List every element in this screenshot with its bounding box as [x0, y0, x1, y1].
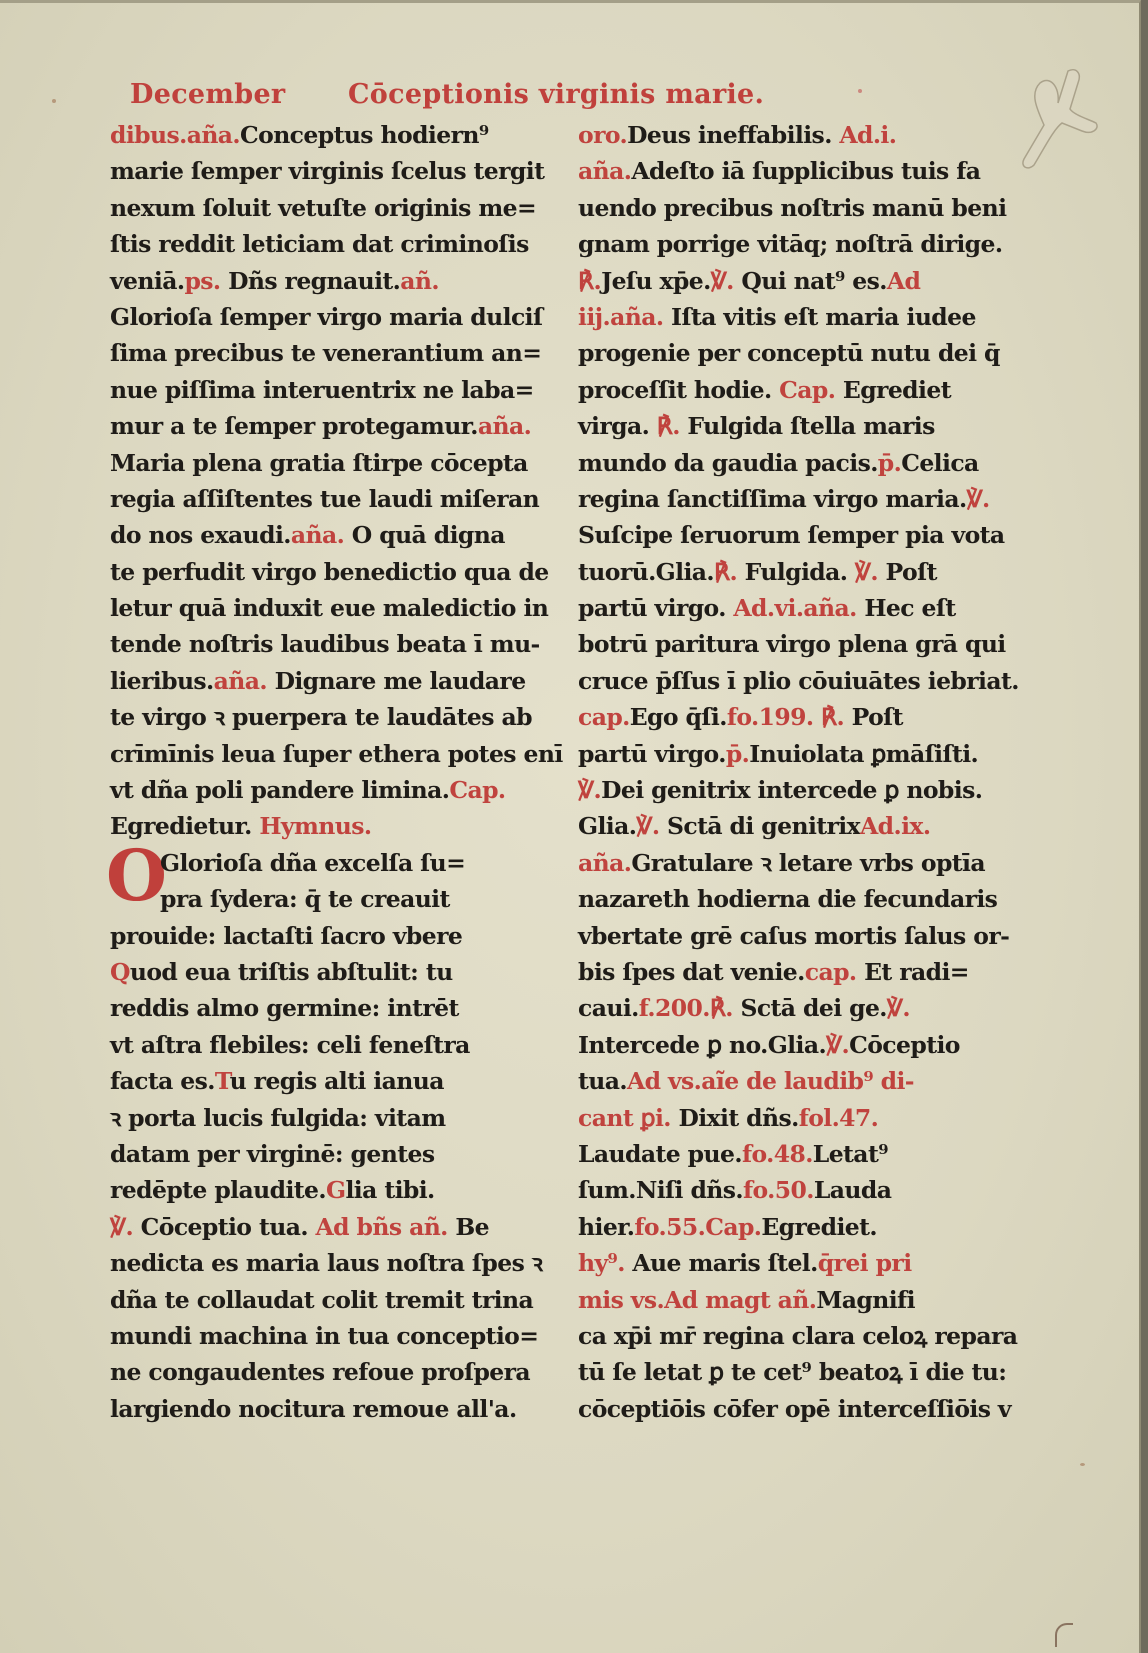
rubric-text: ℣.	[967, 485, 990, 513]
header-month: December	[130, 79, 285, 110]
body-text: do nos exaudi.	[110, 521, 291, 549]
text-line: veniā.ps. Dñs regnauit.añ.	[110, 263, 550, 299]
body-text: Letat⁹	[813, 1140, 888, 1168]
body-text: tū ſe letat ꝑ te cet⁹ beatoꝝ ī die tu:	[578, 1358, 1006, 1386]
body-text: vt aſtra flebiles: celi feneſtra	[110, 1031, 470, 1059]
text-line: ℣. Cōceptio tua. Ad bñs añ. Be	[110, 1209, 550, 1245]
body-text: Glia.	[578, 812, 636, 840]
text-line: cōceptiōis cōfer opē interceſſiōis v	[578, 1391, 1018, 1427]
body-text: Adeſto iā ſupplicibus tuis fa	[631, 157, 980, 185]
rubric-text: cap.	[578, 703, 630, 731]
rubric-text: ℟.	[649, 412, 680, 440]
text-line: ne congaudentes refoue proſpera	[110, 1354, 550, 1390]
rubric-text: fo.48.	[742, 1140, 813, 1168]
text-line: partū virgo. Ad.vi.aña. Hec eſt	[578, 590, 1018, 626]
body-text: lia tibi.	[345, 1176, 434, 1204]
rubric-text: iij.aña.	[578, 303, 663, 331]
rubric-text: Ad vs.aĩe de laudib⁹ di-	[627, 1067, 914, 1095]
text-line: dña te collaudat colit tremit trina	[110, 1282, 550, 1318]
text-line: mis vs.Ad magt añ.Magnifi	[578, 1282, 1018, 1318]
rubric-text: f.200.℟.	[639, 994, 733, 1022]
text-line: progenie per conceptū nutu dei q̄	[578, 335, 1018, 371]
body-text: uendo precibus noſtris manū beni	[578, 194, 1006, 222]
text-line: ſtis reddit leticiam dat criminoſis	[110, 226, 550, 262]
right-text-column: oro.Deus ineffabilis. Ad.i.aña.Adeſto iā…	[578, 117, 1018, 1427]
body-text: nazareth hodierna die fecundaris	[578, 885, 997, 913]
manuscript-page: December Cōceptionis virginis marie. O d…	[0, 0, 1141, 1653]
rubric-text: Ad	[887, 267, 920, 295]
rubric-text: ps.	[184, 267, 220, 295]
rubric-text: ℣.	[826, 1031, 849, 1059]
body-text: vt dña poli pandere limina.	[110, 776, 449, 804]
body-text: virga.	[578, 412, 649, 440]
body-text: hier.	[578, 1213, 634, 1241]
text-line: bis ſpes dat venie.cap. Et radi=	[578, 954, 1018, 990]
text-line: uendo precibus noſtris manū beni	[578, 190, 1018, 226]
text-line: Quod eua triſtis abſtulit: tu	[110, 954, 550, 990]
body-text: tua.	[578, 1067, 627, 1095]
body-text: mur a te ſemper protegamur.	[110, 412, 478, 440]
rubric-text: aña.	[578, 849, 631, 877]
body-text: Cōceptio tua.	[133, 1213, 308, 1241]
body-text: Dñs regnauit.	[220, 267, 400, 295]
body-text: facta es.	[110, 1067, 215, 1095]
body-text: nexum ſoluit vetuſte originis me=	[110, 194, 536, 222]
text-line: ℣.Dei genitrix intercede ꝑ nobis.	[578, 772, 1018, 808]
text-line: hy⁹. Aue maris ſtel.q̄rei pri	[578, 1245, 1018, 1281]
body-text: nue piſſima interuentrix ne laba=	[110, 376, 534, 404]
text-line: ſima precibus te venerantium an=	[110, 335, 550, 371]
body-text: caui.	[578, 994, 639, 1022]
body-text: Intercede ꝑ no.Glia.	[578, 1031, 826, 1059]
foxing-spot	[858, 89, 862, 93]
body-text: Sctā di genitrix	[659, 812, 860, 840]
text-line: ſum.Niſi dñs.fo.50.Lauda	[578, 1172, 1018, 1208]
rubric-text: ℣.	[711, 267, 734, 295]
text-line: tua.Ad vs.aĩe de laudib⁹ di-	[578, 1063, 1018, 1099]
rubric-text: Hymnus.	[252, 812, 372, 840]
text-line: nazareth hodierna die fecundaris	[578, 881, 1018, 917]
body-text: dña te collaudat colit tremit trina	[110, 1286, 533, 1314]
text-line: crīmīnis leua ſuper ethera potes enī	[110, 736, 550, 772]
body-text: Dei genitrix intercede ꝑ nobis.	[601, 776, 982, 804]
body-text: redēpte plaudite.	[110, 1176, 326, 1204]
body-text: Be	[448, 1213, 489, 1241]
text-line: mur a te ſemper protegamur.aña.	[110, 408, 550, 444]
body-text: Ego q̄ſi.	[630, 703, 727, 731]
body-text: cōceptiōis cōfer opē interceſſiōis v	[578, 1395, 1011, 1423]
body-text: ſima precibus te venerantium an=	[110, 339, 541, 367]
text-line: cap.Ego q̄ſi.fo.199. ℟. Poſt	[578, 699, 1018, 735]
body-text: Egrediet	[835, 376, 951, 404]
text-line: regia aſſiſtentes tue laudi miſeran	[110, 481, 550, 517]
body-text: Glorioſa ſemper virgo maria dulciſ	[110, 303, 543, 331]
text-line: nexum ſoluit vetuſte originis me=	[110, 190, 550, 226]
body-text: proceſſit hodie.	[578, 376, 772, 404]
body-text: regia aſſiſtentes tue laudi miſeran	[110, 485, 539, 513]
body-text: ſtis reddit leticiam dat criminoſis	[110, 230, 529, 258]
text-line: botrū paritura virgo plena grā qui	[578, 626, 1018, 662]
body-text: ne congaudentes refoue proſpera	[110, 1358, 530, 1386]
body-text: Jeſu xp̄e.	[601, 267, 711, 295]
rubric-text: ℣.	[636, 812, 659, 840]
body-text: crīmīnis leua ſuper ethera potes enī	[110, 740, 563, 768]
running-header: December Cōceptionis virginis marie.	[130, 79, 950, 119]
body-text: te virgo ꝛ puerpera te laudātes ab	[110, 703, 532, 731]
body-text: Glorioſa dña excelſa ſu=	[160, 849, 465, 877]
body-text: te perfudit virgo benedictio qua de	[110, 558, 549, 586]
text-line: pra ſydera: q̄ te creauit	[110, 881, 550, 917]
rubric-text: Cap.	[772, 376, 836, 404]
body-text: letur quā induxit eue maledictio in	[110, 594, 548, 622]
rubric-text: ℟.	[813, 703, 844, 731]
text-line: Intercede ꝑ no.Glia.℣.Cōceptio	[578, 1027, 1018, 1063]
rubric-text: aña.	[291, 521, 344, 549]
text-line: tuorū.Glia.℟. Fulgida. ℣. Poſt	[578, 554, 1018, 590]
body-text: ꝛ porta lucis fulgida: vitam	[110, 1104, 445, 1132]
text-line: vbertate grē caſus mortis ſalus or-	[578, 918, 1018, 954]
text-line: reddis almo germine: intrēt	[110, 990, 550, 1026]
text-line: cruce p̄ſſus ī plio cōuiuātes iebriat.	[578, 663, 1018, 699]
rubric-text: fo.55.Cap.	[634, 1213, 761, 1241]
body-text: tende noſtris laudibus beata ī mu-	[110, 630, 540, 658]
text-line: virga. ℟. Fulgida ſtella maris	[578, 408, 1018, 444]
body-text: Dignare me laudare	[267, 667, 526, 695]
text-line: lieribus.aña. Dignare me laudare	[110, 663, 550, 699]
body-text: Et radi=	[856, 958, 968, 986]
text-line: dibus.aña.Conceptus hodiern⁹	[110, 117, 550, 153]
rubric-text: ℣.	[110, 1213, 133, 1241]
body-text: Poſt	[844, 703, 903, 731]
rubric-text: cant ꝑi.	[578, 1104, 671, 1132]
text-line: cant ꝑi. Dixit dñs.fol.47.	[578, 1100, 1018, 1136]
text-line: redēpte plaudite.Glia tibi.	[110, 1172, 550, 1208]
left-text-column: O dibus.aña.Conceptus hodiern⁹marie ſemp…	[110, 117, 550, 1427]
body-text: Cōceptio	[849, 1031, 960, 1059]
text-line: Glorioſa ſemper virgo maria dulciſ	[110, 299, 550, 335]
foxing-spot	[52, 99, 56, 103]
body-text: u regis alti ianua	[230, 1067, 444, 1095]
body-text: mundi machina in tua conceptio=	[110, 1322, 538, 1350]
rubric-text: ℟.	[714, 558, 737, 586]
rubric-text: fo.50.	[743, 1176, 814, 1204]
body-text: nedicta es maria laus noſtra ſpes ꝛ	[110, 1249, 542, 1277]
foxing-spot	[1080, 1463, 1085, 1466]
text-line: te perfudit virgo benedictio qua de	[110, 554, 550, 590]
body-text: Poſt	[878, 558, 937, 586]
text-line: iij.aña. Iſta vitis eſt maria iudee	[578, 299, 1018, 335]
body-text: botrū paritura virgo plena grā qui	[578, 630, 1006, 658]
rubric-text: Ad.vi.aña.	[726, 594, 857, 622]
rubric-text: cap.	[805, 958, 857, 986]
rubric-text: Ad bñs añ.	[308, 1213, 448, 1241]
rubric-text: aña.	[578, 157, 631, 185]
body-text: vbertate grē caſus mortis ſalus or-	[578, 922, 1009, 950]
body-text: Egredietur.	[110, 812, 252, 840]
body-text: Laudate pue.	[578, 1140, 742, 1168]
body-text: Fulgida ſtella maris	[680, 412, 935, 440]
text-line: letur quā induxit eue maledictio in	[110, 590, 550, 626]
text-line: caui.f.200.℟. Sctā dei ge.℣.	[578, 990, 1018, 1026]
body-text: Hec eſt	[857, 594, 956, 622]
text-line: mundi machina in tua conceptio=	[110, 1318, 550, 1354]
rubric-text: añ.	[400, 267, 439, 295]
text-line: vt dña poli pandere limina.Cap.	[110, 772, 550, 808]
body-text: reddis almo germine: intrēt	[110, 994, 459, 1022]
body-text: datam per virginē: gentes	[110, 1140, 434, 1168]
body-text: regina ſanctiſſima virgo maria.	[578, 485, 967, 513]
text-line: ℟.Jeſu xp̄e.℣. Qui nat⁹ es.Ad	[578, 263, 1018, 299]
text-line: nedicta es maria laus noſtra ſpes ꝛ	[110, 1245, 550, 1281]
body-text: marie ſemper virginis ſcelus tergit	[110, 157, 544, 185]
text-line: prouide: lactaſti ſacro vbere	[110, 918, 550, 954]
text-line: mundo da gaudia pacis.p̄.Celica	[578, 445, 1018, 481]
text-line: Suſcipe ſeruorum ſemper pia vota	[578, 517, 1018, 553]
text-line: Glia.℣. Sctā di genitrixAd.ix.	[578, 808, 1018, 844]
rubric-text: G	[326, 1176, 345, 1204]
rubric-text: Ad.i.	[832, 121, 897, 149]
paper-mark	[1055, 1623, 1073, 1647]
body-text: gnam porrige vitāq; noſtrā dirige.	[578, 230, 1002, 258]
body-text: Fulgida.	[737, 558, 847, 586]
body-text: Aue maris ſtel.	[625, 1249, 818, 1277]
body-text: Conceptus hodiern⁹	[240, 121, 489, 149]
thumb-mark-stain	[1010, 67, 1100, 177]
text-line: Maria plena gratia ſtirpe cōcepta	[110, 445, 550, 481]
body-text: cruce p̄ſſus ī plio cōuiuātes iebriat.	[578, 667, 1019, 695]
rubric-text: ℣.	[847, 558, 878, 586]
text-line: oro.Deus ineffabilis. Ad.i.	[578, 117, 1018, 153]
rubric-text: mis vs.Ad magt añ.	[578, 1286, 816, 1314]
body-text: Gratulare ꝛ letare vrbs optīa	[631, 849, 985, 877]
text-line: marie ſemper virginis ſcelus tergit	[110, 153, 550, 189]
text-line: largiendo nocitura remoue all'a.	[110, 1391, 550, 1427]
body-text: Maria plena gratia ſtirpe cōcepta	[110, 449, 528, 477]
body-text: ca xp̄i mr̄ regina clara celoꝝ repara	[578, 1322, 1017, 1350]
body-text: Magnifi	[816, 1286, 915, 1314]
rubric-text: Q	[110, 958, 130, 986]
body-text: mundo da gaudia pacis.	[578, 449, 878, 477]
body-text: Qui nat⁹ es.	[734, 267, 887, 295]
body-text: lieribus.	[110, 667, 214, 695]
body-text: Suſcipe ſeruorum ſemper pia vota	[578, 521, 1005, 549]
rubric-text: q̄rei pri	[818, 1249, 912, 1277]
body-text: Deus ineffabilis.	[627, 121, 832, 149]
body-text: ſum.Niſi dñs.	[578, 1176, 743, 1204]
text-line: gnam porrige vitāq; noſtrā dirige.	[578, 226, 1018, 262]
body-text: prouide: lactaſti ſacro vbere	[110, 922, 462, 950]
rubric-text: fo.199.	[727, 703, 814, 731]
rubric-text: Ad.ix.	[860, 812, 930, 840]
rubric-text: oro.	[578, 121, 627, 149]
text-line: aña.Adeſto iā ſupplicibus tuis fa	[578, 153, 1018, 189]
body-text: Celica	[901, 449, 978, 477]
rubric-text: fol.47.	[799, 1104, 879, 1132]
body-text: Lauda	[814, 1176, 892, 1204]
body-text: pra ſydera: q̄ te creauit	[160, 885, 450, 913]
body-text: uod eua triſtis abſtulit: tu	[130, 958, 453, 986]
text-line: proceſſit hodie. Cap. Egrediet	[578, 372, 1018, 408]
rubric-text: aña.	[478, 412, 531, 440]
body-text: bis ſpes dat venie.	[578, 958, 805, 986]
rubric-text: p̄.	[726, 740, 749, 768]
rubric-text: Cap.	[449, 776, 505, 804]
body-text: Iſta vitis eſt maria iudee	[663, 303, 975, 331]
body-text: partū virgo.	[578, 594, 726, 622]
body-text: Inuiolata ꝑmāſiſti.	[749, 740, 978, 768]
text-line: nue piſſima interuentrix ne laba=	[110, 372, 550, 408]
text-line: vt aſtra flebiles: celi feneſtra	[110, 1027, 550, 1063]
text-line: do nos exaudi.aña. O quā digna	[110, 517, 550, 553]
text-line: Glorioſa dña excelſa ſu=	[110, 845, 550, 881]
body-text: Dixit dñs.	[671, 1104, 799, 1132]
body-text: veniā.	[110, 267, 184, 295]
text-line: Laudate pue.fo.48.Letat⁹	[578, 1136, 1018, 1172]
text-line: tende noſtris laudibus beata ī mu-	[110, 626, 550, 662]
body-text: O quā digna	[344, 521, 505, 549]
text-line: ꝛ porta lucis fulgida: vitam	[110, 1100, 550, 1136]
body-text: largiendo nocitura remoue all'a.	[110, 1395, 517, 1423]
rubric-text: ℣.	[887, 994, 910, 1022]
body-text: partū virgo.	[578, 740, 726, 768]
text-line: hier.fo.55.Cap.Egrediet.	[578, 1209, 1018, 1245]
rubric-text: ℟.	[578, 267, 601, 295]
body-text: Sctā dei ge.	[733, 994, 887, 1022]
text-line: Egredietur. Hymnus.	[110, 808, 550, 844]
text-line: partū virgo.p̄.Inuiolata ꝑmāſiſti.	[578, 736, 1018, 772]
body-text: tuorū.Glia.	[578, 558, 714, 586]
text-line: te virgo ꝛ puerpera te laudātes ab	[110, 699, 550, 735]
text-line: aña.Gratulare ꝛ letare vrbs optīa	[578, 845, 1018, 881]
rubric-text: ℣.	[578, 776, 601, 804]
text-line: ca xp̄i mr̄ regina clara celoꝝ repara	[578, 1318, 1018, 1354]
header-feast-title: Cōceptionis virginis marie.	[348, 79, 764, 110]
rubric-text: T	[215, 1067, 230, 1095]
body-text: Egrediet.	[761, 1213, 877, 1241]
rubric-text: hy⁹.	[578, 1249, 625, 1277]
text-line: datam per virginē: gentes	[110, 1136, 550, 1172]
text-line: tū ſe letat ꝑ te cet⁹ beatoꝝ ī die tu:	[578, 1354, 1018, 1390]
rubric-text: p̄.	[878, 449, 901, 477]
body-text: progenie per conceptū nutu dei q̄	[578, 339, 1000, 367]
text-line: regina ſanctiſſima virgo maria.℣.	[578, 481, 1018, 517]
rubric-text: dibus.aña.	[110, 121, 240, 149]
text-line: facta es.Tu regis alti ianua	[110, 1063, 550, 1099]
rubric-text: aña.	[214, 667, 267, 695]
